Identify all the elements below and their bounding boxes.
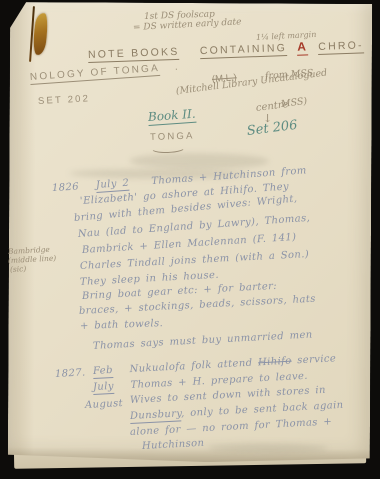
ship-name: Dunsbury [130, 408, 182, 424]
feb-label: Feb [93, 365, 114, 379]
book-ii-text: Book II. [148, 107, 197, 126]
august-label: August [85, 398, 124, 411]
feb-struck-word: Hihifo [258, 356, 292, 369]
year-1826: 1826 [52, 182, 80, 194]
year-1827: 1827. [55, 367, 86, 380]
july-label: July [93, 381, 115, 395]
photo-stage: 1st DS foolscap = DS written early date … [0, 0, 380, 479]
date-july-2: July 2 [96, 178, 130, 193]
title-emph-a: A [297, 39, 308, 55]
title-dot: . [174, 62, 180, 73]
margin-note-line3: (sic) [10, 264, 27, 274]
title-chro: CHRO- [318, 39, 364, 55]
book-ii-label: Book II. [148, 107, 197, 124]
feb-text-post: service [291, 353, 336, 366]
erased-smudge [129, 153, 269, 170]
